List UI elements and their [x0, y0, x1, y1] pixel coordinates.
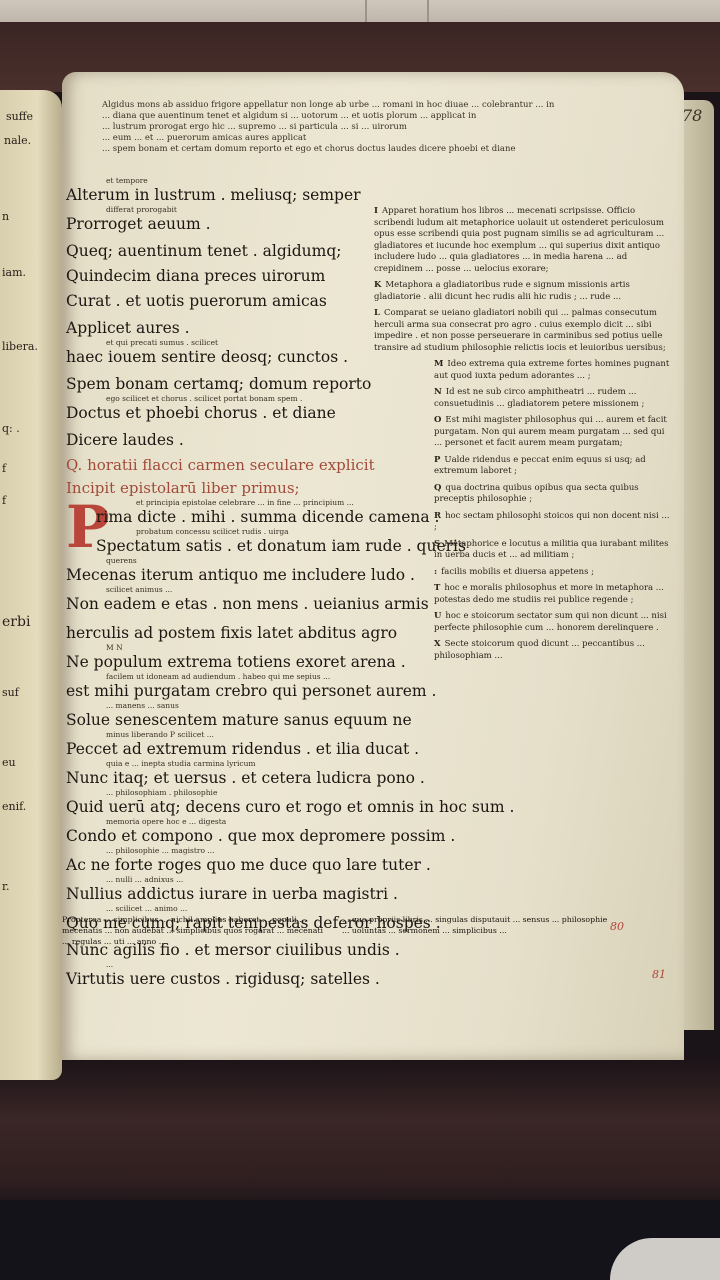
interlinear-gloss: differat prorogabit: [66, 205, 416, 215]
note-marker: P: [434, 455, 440, 465]
left-page-fragment: suf: [2, 686, 19, 699]
verse-line: Condo et compono . que mox depromere pos…: [66, 827, 416, 846]
left-page-fragment: enif.: [2, 800, 26, 813]
commentary-note: Thoc e moralis philosophus et more in me…: [374, 583, 674, 606]
commentary-note: Qqua doctrina quibus opibus qua secta qu…: [374, 483, 674, 506]
commentary-column: IApparet horatium hos libros ... mecenat…: [374, 206, 674, 667]
interlinear-gloss: et tempore: [66, 176, 416, 186]
interlinear-gloss: ... manens ... sanus: [66, 701, 416, 711]
interlinear-gloss: querens: [66, 556, 416, 566]
main-text-column: et tempore Alterum in lustrum . meliusq;…: [66, 176, 416, 989]
verse-line: Ne populum extrema totiens exoret arena …: [66, 653, 416, 672]
margin-number: 81: [652, 968, 666, 981]
note-marker: S: [434, 539, 440, 549]
folio-number: 78: [682, 106, 702, 125]
left-page-fragment: r.: [2, 880, 10, 893]
interlinear-gloss: ... nulli ... adnixus ...: [66, 875, 416, 885]
note-text: Est mihi magister philosophus qui ... au…: [434, 415, 667, 448]
verse-line: Quid uerū atq; decens curo et rogo et om…: [66, 798, 416, 817]
note-text: Ualde ridendus e peccat enim equus si us…: [434, 455, 646, 477]
footer-column-right: ... que propriis libris ... singulas dis…: [342, 914, 612, 1054]
gloss-line: ... spem bonam et certam domum reporto e…: [102, 144, 662, 155]
rubric-explicit: Q. horatii flacci carmen seculare explic…: [66, 456, 416, 475]
verse-line: herculis ad postem fixis latet abditus a…: [66, 624, 416, 643]
table-surface-bottom: [0, 1060, 720, 1210]
manuscript-page: 78 Algidus mons ab assiduo frigore appel…: [62, 72, 684, 1060]
left-page-fragment: eu: [2, 756, 16, 769]
left-page-fragment: suffe: [6, 110, 33, 123]
verse-line: Queq; auentinum tenet . algidumq;: [66, 242, 416, 261]
verse-line: est mihi purgatam crebro qui personet au…: [66, 682, 416, 701]
note-marker: O: [434, 415, 441, 425]
left-page-fragment: erbi: [2, 614, 30, 630]
page-stack-edge: [684, 100, 714, 1030]
note-marker: N: [434, 387, 442, 397]
commentary-note: Rhoc sectam philosophi stoicos qui non d…: [374, 511, 674, 534]
note-marker: I: [374, 206, 378, 216]
left-page-fragment: iam.: [2, 266, 26, 279]
gloss-line: ... diana que auentinum tenet et algidum…: [102, 111, 662, 122]
commentary-note: MIdeo extrema quia extreme fortes homine…: [374, 359, 674, 382]
gloss-line: ... eum ... et ... puerorum amicas aures…: [102, 133, 662, 144]
interlinear-gloss: ... scilicet ... animo ...: [66, 904, 416, 914]
left-page: suffe nale. n iam. libera. q: . f f erbi…: [0, 90, 62, 1080]
note-text: qua doctrina quibus opibus qua secta qui…: [434, 483, 639, 505]
verse-line: Ac ne forte roges quo me duce quo lare t…: [66, 856, 416, 875]
commentary-note: Uhoc e stoicorum sectator sum qui non di…: [374, 611, 674, 634]
note-marker: U: [434, 611, 441, 621]
note-text: Metaphora a gladiatoribus rude e signum …: [374, 280, 630, 302]
note-text: Apparet horatium hos libros ... mecenati…: [374, 206, 664, 274]
interlinear-gloss: ... philosophie ... magistro ...: [66, 846, 416, 856]
verse-line: Spectatum satis . et donatum iam rude . …: [96, 537, 416, 556]
epistle-block: P et principia epistolae celebrare ... i…: [66, 498, 416, 556]
verse-line: Alterum in lustrum . meliusq; semper: [66, 186, 416, 205]
verse-line: Mecenas iterum antiquo me includere ludo…: [66, 566, 416, 585]
footer-text-block: Propterea ... simplicibus ... nichil amp…: [62, 914, 622, 1054]
note-marker: M: [434, 359, 443, 369]
note-text: Metaphorice e locutus a militia qua iura…: [434, 539, 668, 561]
note-text: Ideo extrema quia extreme fortes homines…: [434, 359, 669, 381]
commentary-note: XSecte stoicorum quod dicunt ... peccant…: [374, 639, 674, 662]
interlinear-gloss: scilicet animus ...: [66, 585, 416, 595]
interlinear-gloss: probatum concessu scilicet rudis . uirga: [96, 527, 416, 537]
interlinear-gloss: quia e ... inepta studia carmina lyricum: [66, 759, 416, 769]
commentary-note: :facilis mobilis et diuersa appetens ;: [374, 567, 674, 579]
note-marker: L: [374, 308, 380, 318]
commentary-note: PUalde ridendus e peccat enim equus si u…: [374, 455, 674, 478]
note-text: facilis mobilis et diuersa appetens ;: [441, 567, 594, 577]
note-text: hoc sectam philosophi stoicos qui non do…: [434, 511, 670, 533]
verse-line: Nunc itaq; et uersus . et cetera ludicra…: [66, 769, 416, 788]
commentary-note: IApparet horatium hos libros ... mecenat…: [374, 206, 674, 275]
left-page-fragment: q: .: [2, 422, 20, 435]
verse-line: Doctus et phoebi chorus . et diane: [66, 404, 416, 423]
commentary-note: OEst mihi magister philosophus qui ... a…: [374, 415, 674, 450]
note-marker: T: [434, 583, 440, 593]
note-text: hoc e stoicorum sectator sum qui non dic…: [434, 611, 667, 633]
verse-line: Dicere laudes .: [66, 431, 416, 450]
verse-line: Applicet aures .: [66, 319, 416, 338]
verse-line: Curat . et uotis puerorum amicas: [66, 292, 416, 311]
interlinear-gloss: et qui precati sumus . scilicet: [66, 338, 416, 348]
interlinear-gloss: et principia epistolae celebrare ... in …: [96, 498, 416, 508]
verse-line: Solue senescentem mature sanus equum ne: [66, 711, 416, 730]
note-marker: R: [434, 511, 441, 521]
left-page-fragment: nale.: [4, 134, 31, 147]
rubric-incipit: Incipit epistolarū liber primus;: [66, 479, 416, 498]
left-page-fragment: libera.: [2, 340, 38, 353]
footer-column-left: Propterea ... simplicibus ... nichil amp…: [62, 914, 332, 1054]
verse-line: Prorroget aeuum .: [66, 215, 416, 234]
verse-line: Spem bonam certamq; domum reporto: [66, 375, 416, 394]
note-text: Comparat se ueiano gladiatori nobili qui…: [374, 308, 666, 353]
verse-line: Quindecim diana preces uirorum: [66, 267, 416, 286]
note-text: hoc e moralis philosophus et more in met…: [434, 583, 664, 605]
interlinear-gloss: M N: [66, 643, 416, 653]
verse-line: haec iouem sentire deosq; cunctos .: [66, 348, 416, 367]
commentary-note: KMetaphora a gladiatoribus rude e signum…: [374, 280, 674, 303]
commentary-note: SMetaphorice e locutus a militia qua iur…: [374, 539, 674, 562]
gloss-line: Algidus mons ab assiduo frigore appellat…: [102, 100, 662, 111]
interlinear-gloss: ... philosophiam . philosophie: [66, 788, 416, 798]
verse-line: rima dicte . mihi . summa dicende camena…: [96, 508, 416, 527]
gloss-line: ... lustrum prorogat ergo hic ... suprem…: [102, 122, 662, 133]
note-text: Id est ne sub circo amphitheatri ... rud…: [434, 387, 644, 409]
note-marker: X: [434, 639, 441, 649]
note-marker: K: [374, 280, 381, 290]
interlinear-gloss: ego scilicet et chorus . scilicet portat…: [66, 394, 416, 404]
commentary-note: LComparat se ueiano gladiatori nobili qu…: [374, 308, 674, 354]
left-page-fragment: n: [2, 210, 9, 223]
interlinear-gloss: facilem ut idoneam ad audiendum . habeo …: [66, 672, 416, 682]
note-marker: Q: [434, 483, 441, 493]
left-page-fragment: f: [2, 462, 6, 475]
interlinear-gloss: memoria opere hoc e ... digesta: [66, 817, 416, 827]
commentary-note: NId est ne sub circo amphitheatri ... ru…: [374, 387, 674, 410]
verse-line: Nullius addictus iurare in uerba magistr…: [66, 885, 416, 904]
left-page-fragment: f: [2, 494, 6, 507]
verse-line: Peccet ad extremum ridendus . et ilia du…: [66, 740, 416, 759]
note-marker: :: [434, 567, 437, 577]
note-text: Secte stoicorum quod dicunt ... peccanti…: [434, 639, 645, 661]
interlinear-gloss: minus liberando P scilicet ...: [66, 730, 416, 740]
top-gloss: Algidus mons ab assiduo frigore appellat…: [102, 100, 662, 155]
verse-line: Non eadem e etas . non mens . ueianius a…: [66, 595, 416, 614]
